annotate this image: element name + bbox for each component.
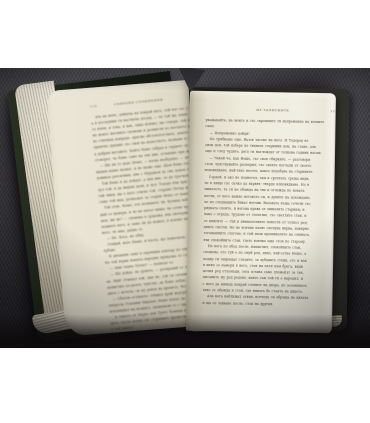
- right-page-number: 113: [330, 109, 336, 113]
- right-page-text: ИЗ ЗАПИСКИТЕ 113 уважавайте; на моите и …: [202, 107, 336, 308]
- photo-of-open-book: 112 СЪБРАНИ СЪЧИНЕНИЯ ята на нечо, дойдо…: [0, 0, 370, 423]
- right-running-title: ИЗ ЗАПИСКИТЕ: [206, 107, 336, 113]
- right-page: ИЗ ЗАПИСКИТЕ 113 уважавайте; на моите и …: [186, 91, 336, 334]
- right-page-body: уважавайте; на моите и със скромните тя …: [202, 117, 336, 308]
- bottom-white-margin: [0, 348, 370, 423]
- top-white-margin: [0, 0, 370, 68]
- left-running-title: СЪБРАНИ СЪЧИНЕНИЯ: [90, 95, 188, 108]
- text-line: и що се захване после, стои на другия.: [202, 300, 336, 309]
- left-page: 112 СЪБРАНИ СЪЧИНЕНИЯ ята на нечо, дойдо…: [46, 80, 207, 336]
- photograph: 112 СЪБРАНИ СЪЧИНЕНИЯ ята на нечо, дойдо…: [0, 68, 370, 348]
- left-page-number: 112: [90, 104, 98, 109]
